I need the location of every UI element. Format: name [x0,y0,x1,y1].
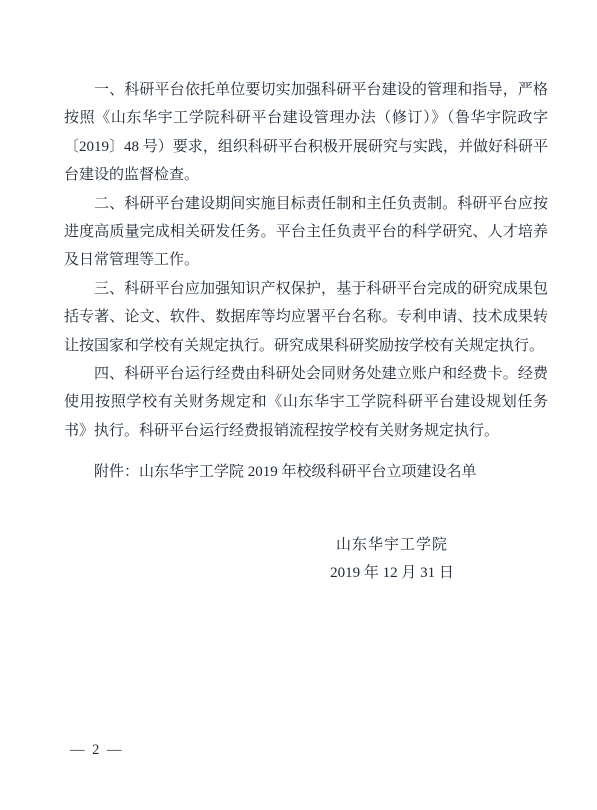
attachment-line: 附件：山东华宇工学院 2019 年校级科研平台立项建设名单 [64,458,548,486]
document-body: 一、科研平台依托单位要切实加强科研平台建设的管理和指导，严格按照《山东华宇工学院… [64,76,548,487]
paragraph-1: 一、科研平台依托单位要切实加强科研平台建设的管理和指导，严格按照《山东华宇工学院… [64,76,548,190]
paragraph-2: 二、科研平台建设期间实施目标责任制和主任负责制。科研平台应按进度高质量完成相关研… [64,190,548,275]
signature-block: 山东华宇工学院 2019 年 12 月 31 日 [267,531,517,587]
signature-organization: 山东华宇工学院 [267,531,517,559]
signature-date: 2019 年 12 月 31 日 [267,559,517,587]
paragraph-3: 三、科研平台应加强知识产权保护，基于科研平台完成的研究成果包括专著、论文、软件、… [64,275,548,360]
page-number: — 2 — [70,742,124,759]
paragraph-4: 四、科研平台运行经费由科研处会同财务处建立账户和经费卡。经费使用按照学校有关财务… [64,360,548,445]
scanned-document-page: 一、科研平台依托单位要切实加强科研平台建设的管理和指导，严格按照《山东华宇工学院… [0,0,597,810]
